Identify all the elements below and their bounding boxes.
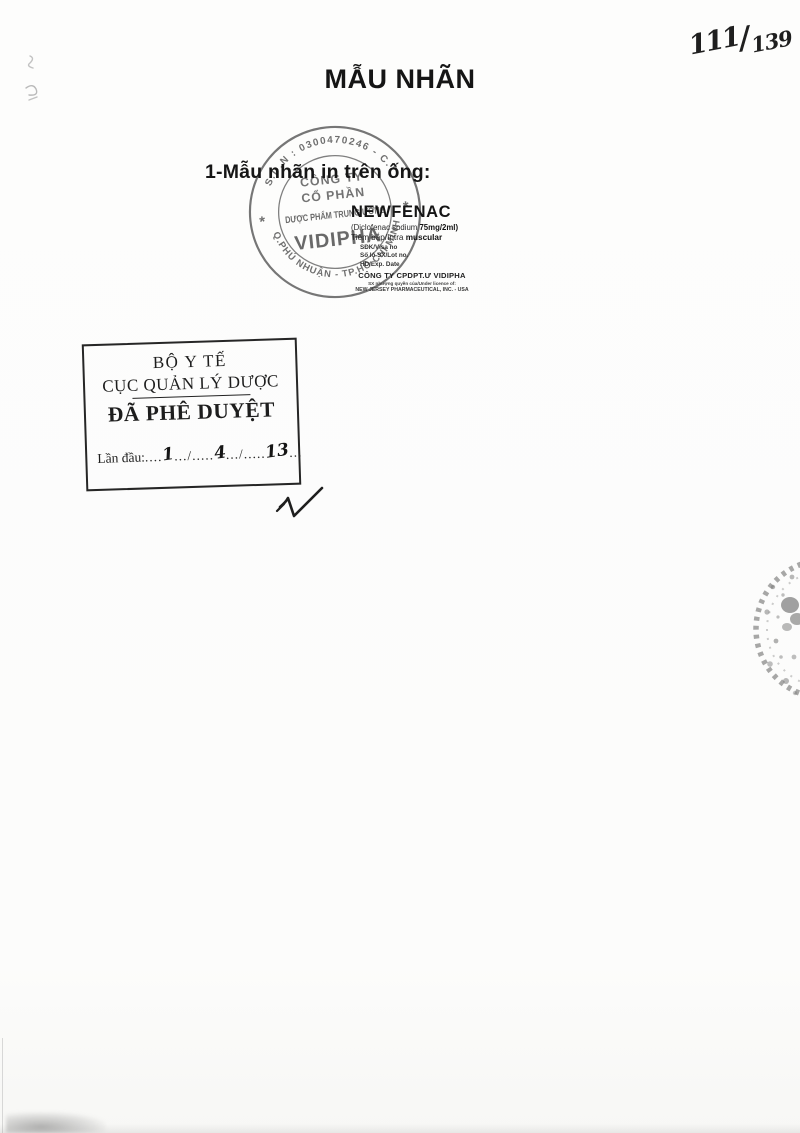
stamp-star-left: * (259, 214, 267, 231)
licensor-name: NEW JERSEY PHARMACEUTICAL, INC. - USA (351, 287, 473, 293)
handwritten-day: 1 (161, 444, 175, 465)
approval-stamp-box: BỘ Y TẾ CỤC QUẢN LÝ DƯỢC ĐÃ PHÊ DUYỆT Lầ… (82, 338, 302, 492)
page-number-denominator: 139 (749, 25, 794, 57)
composition-text: (Diclofenac sodium (351, 223, 419, 232)
ampoule-label: NEWFENAC (Diclofenac sodium 75mg/2ml) Ti… (351, 203, 473, 293)
scan-edge-line (2, 1038, 3, 1133)
route-bold-text: muscular (406, 233, 442, 242)
scan-bottom-shadow (0, 1124, 800, 1133)
page-number-numerator: 111 (686, 21, 741, 61)
route-text: Tiêm bắp/Intra (351, 233, 406, 242)
registration-number-field: SĐK/Visa no (360, 244, 473, 251)
dot-leader: ... (289, 445, 303, 460)
date-field-label: Lần đầu: (97, 449, 145, 465)
license-note: SX nhượng quyền của/Under licence of: (351, 281, 473, 286)
dot-leader: .../..... (226, 446, 266, 462)
handwritten-month: 4 (213, 442, 227, 463)
handwritten-page-number: 111/139 (686, 9, 793, 63)
drug-brand-name: NEWFENAC (351, 203, 473, 222)
handwritten-year: 13 (264, 440, 290, 463)
administration-route: Tiêm bắp/Intra muscular (351, 233, 473, 242)
approval-status-text: ĐÃ PHÊ DUYỆT (86, 397, 298, 429)
handwritten-checkmark-icon (274, 483, 328, 527)
dot-leader: .../..... (174, 447, 214, 463)
lot-number-field: Số lô SX/Lot no. (360, 252, 473, 259)
page-title: MẪU NHÃN (0, 64, 800, 95)
manufacturer-name: CÔNG TY CPDPT.Ư VIDIPHA (351, 271, 473, 280)
dot-leader: .... (145, 449, 163, 465)
scanned-document-page: 111/139 MẪU NHÃN S.D.N : 0300470246 - C.… (0, 0, 800, 1133)
department-name: CỤC QUẢN LÝ DƯỢC (85, 371, 297, 398)
approval-date-line: Lần đầu:....1.../.....4.../.....13... (87, 442, 299, 469)
expiry-date-field: HD/Exp. Date (360, 261, 473, 268)
faded-edge-stamp-icon (743, 543, 800, 718)
section-heading: 1-Mẫu nhãn in trên ống: (205, 161, 431, 184)
composition-strength: 75mg/2ml) (419, 223, 458, 232)
drug-composition: (Diclofenac sodium 75mg/2ml) (351, 223, 473, 232)
